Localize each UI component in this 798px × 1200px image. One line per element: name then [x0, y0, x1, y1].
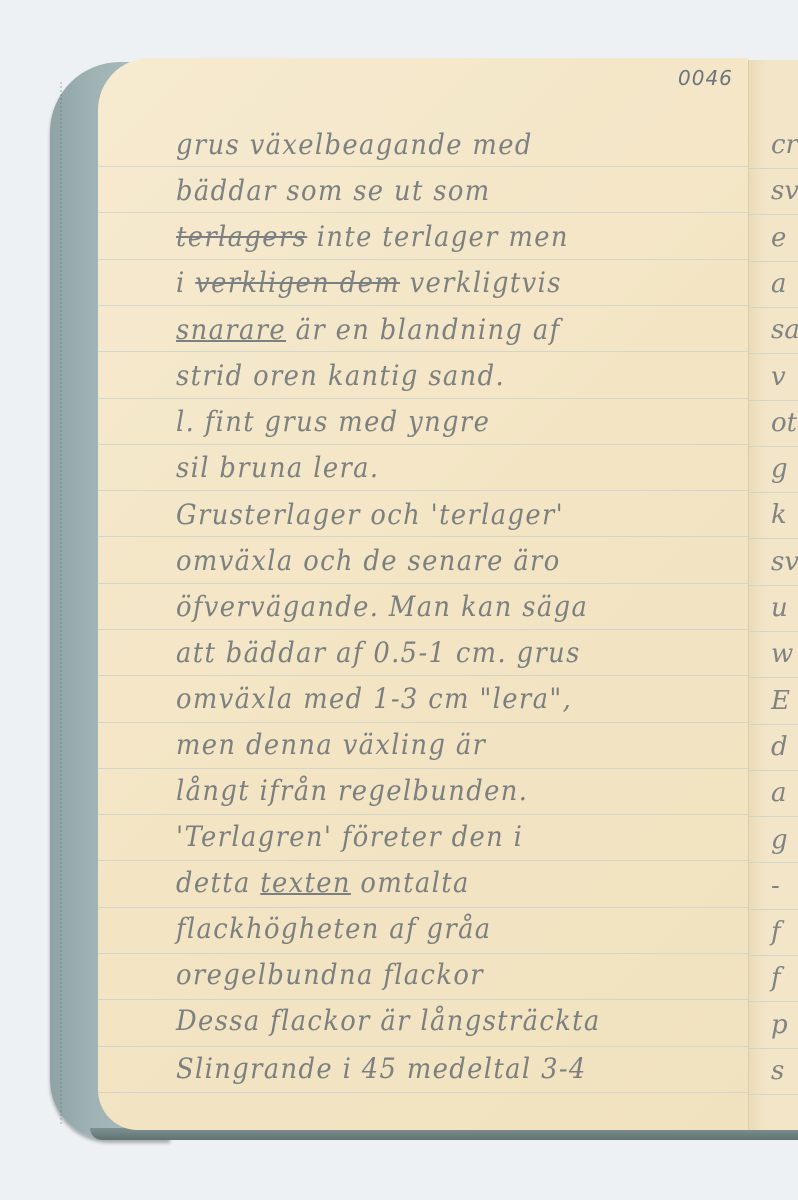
- right-page-text-fragment: g: [771, 825, 788, 855]
- page-number: 0046: [678, 66, 733, 90]
- right-page-text-fragment: w: [771, 639, 793, 669]
- ruled-line: [749, 770, 798, 771]
- ruled-line: [98, 1046, 748, 1047]
- handwritten-line: i verkligen dem verkligtvis: [176, 266, 691, 299]
- ruled-line: [749, 1094, 798, 1095]
- ruled-line: [749, 307, 798, 308]
- ruled-line: [98, 814, 748, 815]
- right-page-text-fragment: cr: [771, 130, 798, 160]
- right-page-text-fragment: d: [771, 732, 788, 762]
- handwritten-line: omväxla och de senare äro: [176, 544, 691, 577]
- handwritten-line: 'Terlagren' företer den i: [176, 820, 691, 853]
- underlined-word: texten: [260, 866, 351, 899]
- handwritten-line: omväxla med 1-3 cm "lera",: [176, 682, 691, 715]
- right-page-text-fragment: sv: [771, 176, 798, 206]
- handwritten-line: detta texten omtalta: [176, 866, 691, 899]
- handwritten-line: Slingrande i 45 medeltal 3-4: [176, 1052, 691, 1085]
- right-page-text-fragment: u: [771, 593, 788, 623]
- struck-word: verkligen dem: [195, 266, 400, 299]
- right-page-text-fragment: g: [771, 454, 788, 484]
- ruled-line: [749, 400, 798, 401]
- right-page-text-fragment: f: [771, 917, 781, 947]
- right-page-text-fragment: s: [771, 1056, 784, 1086]
- ruled-line: [98, 490, 748, 491]
- ruled-line: [98, 212, 748, 213]
- ruled-line: [98, 768, 748, 769]
- right-page-fragment: crsveasavotgksvuwEdag-ffps: [748, 60, 798, 1130]
- ruled-line: [98, 166, 748, 167]
- ruled-line: [749, 1001, 798, 1002]
- right-page-text-fragment: sv: [771, 547, 798, 577]
- ruled-line: [749, 353, 798, 354]
- handwritten-line: öfvervägande. Man kan säga: [176, 590, 691, 623]
- handwritten-line: snarare är en blandning af: [176, 313, 691, 346]
- ruled-line: [749, 631, 798, 632]
- right-page-text-fragment: p: [771, 1010, 788, 1040]
- ruled-line: [98, 305, 748, 306]
- handwritten-line: l. fint grus med yngre: [176, 405, 691, 438]
- handwritten-line: strid oren kantig sand.: [176, 359, 691, 392]
- struck-word: terlagers: [176, 220, 307, 253]
- ruled-line: [98, 1092, 748, 1093]
- ruled-line: [749, 955, 798, 956]
- left-page: 0046 grus växelbeagande med bäddar som s…: [98, 58, 748, 1130]
- ruled-line: [98, 675, 748, 676]
- handwritten-line: flackhögheten af gråa: [176, 912, 691, 945]
- ruled-line: [98, 583, 748, 584]
- handwritten-line: grus växelbeagande med: [176, 128, 691, 161]
- right-page-text-fragment: a: [771, 269, 787, 299]
- ruled-line: [749, 677, 798, 678]
- right-page-text-fragment: v: [771, 362, 786, 392]
- ruled-line: [749, 816, 798, 817]
- ruled-line: [749, 862, 798, 863]
- ruled-line: [98, 259, 748, 260]
- ruled-line: [749, 492, 798, 493]
- handwritten-line: bäddar som se ut som: [176, 174, 691, 207]
- right-page-text-fragment: a: [771, 778, 787, 808]
- ruled-line: [98, 907, 748, 908]
- right-page-text-fragment: ot: [771, 408, 797, 438]
- handwritten-line: Grusterlager och 'terlager': [176, 498, 691, 531]
- handwritten-line: långt ifrån regelbunden.: [176, 774, 691, 807]
- ruled-line: [749, 585, 798, 586]
- ruled-line: [98, 953, 748, 954]
- ruled-line: [749, 261, 798, 262]
- handwritten-line: oregelbundna flackor: [176, 958, 691, 991]
- right-page-text-fragment: f: [771, 963, 781, 993]
- ruled-line: [98, 629, 748, 630]
- ruled-line: [749, 724, 798, 725]
- right-page-text-fragment: k: [771, 500, 787, 530]
- underlined-word: snarare: [176, 313, 286, 346]
- handwritten-line: men denna växling är: [176, 728, 691, 761]
- ruled-line: [98, 722, 748, 723]
- ruled-line: [98, 398, 748, 399]
- ruled-line: [749, 214, 798, 215]
- notebook: 0046 grus växelbeagande med bäddar som s…: [50, 58, 798, 1140]
- right-page-text-fragment: sa: [771, 315, 798, 345]
- right-page-text-fragment: e: [771, 223, 786, 253]
- ruled-line: [749, 538, 798, 539]
- ruled-line: [749, 446, 798, 447]
- right-page-text-fragment: -: [771, 871, 780, 901]
- handwritten-line: terlagers inte terlager men: [176, 220, 691, 253]
- right-page-text-fragment: E: [771, 686, 790, 716]
- ruled-line: [98, 860, 748, 861]
- ruled-line: [98, 444, 748, 445]
- ruled-line: [98, 536, 748, 537]
- ruled-line: [749, 1048, 798, 1049]
- ruled-line: [749, 168, 798, 169]
- handwritten-line: sil bruna lera.: [176, 451, 691, 484]
- ruled-line: [98, 999, 748, 1000]
- ruled-line: [749, 909, 798, 910]
- handwritten-line: Dessa flackor är långsträckta: [176, 1004, 691, 1037]
- handwritten-line: att bäddar af 0.5-1 cm. grus: [176, 636, 691, 669]
- ruled-line: [98, 351, 748, 352]
